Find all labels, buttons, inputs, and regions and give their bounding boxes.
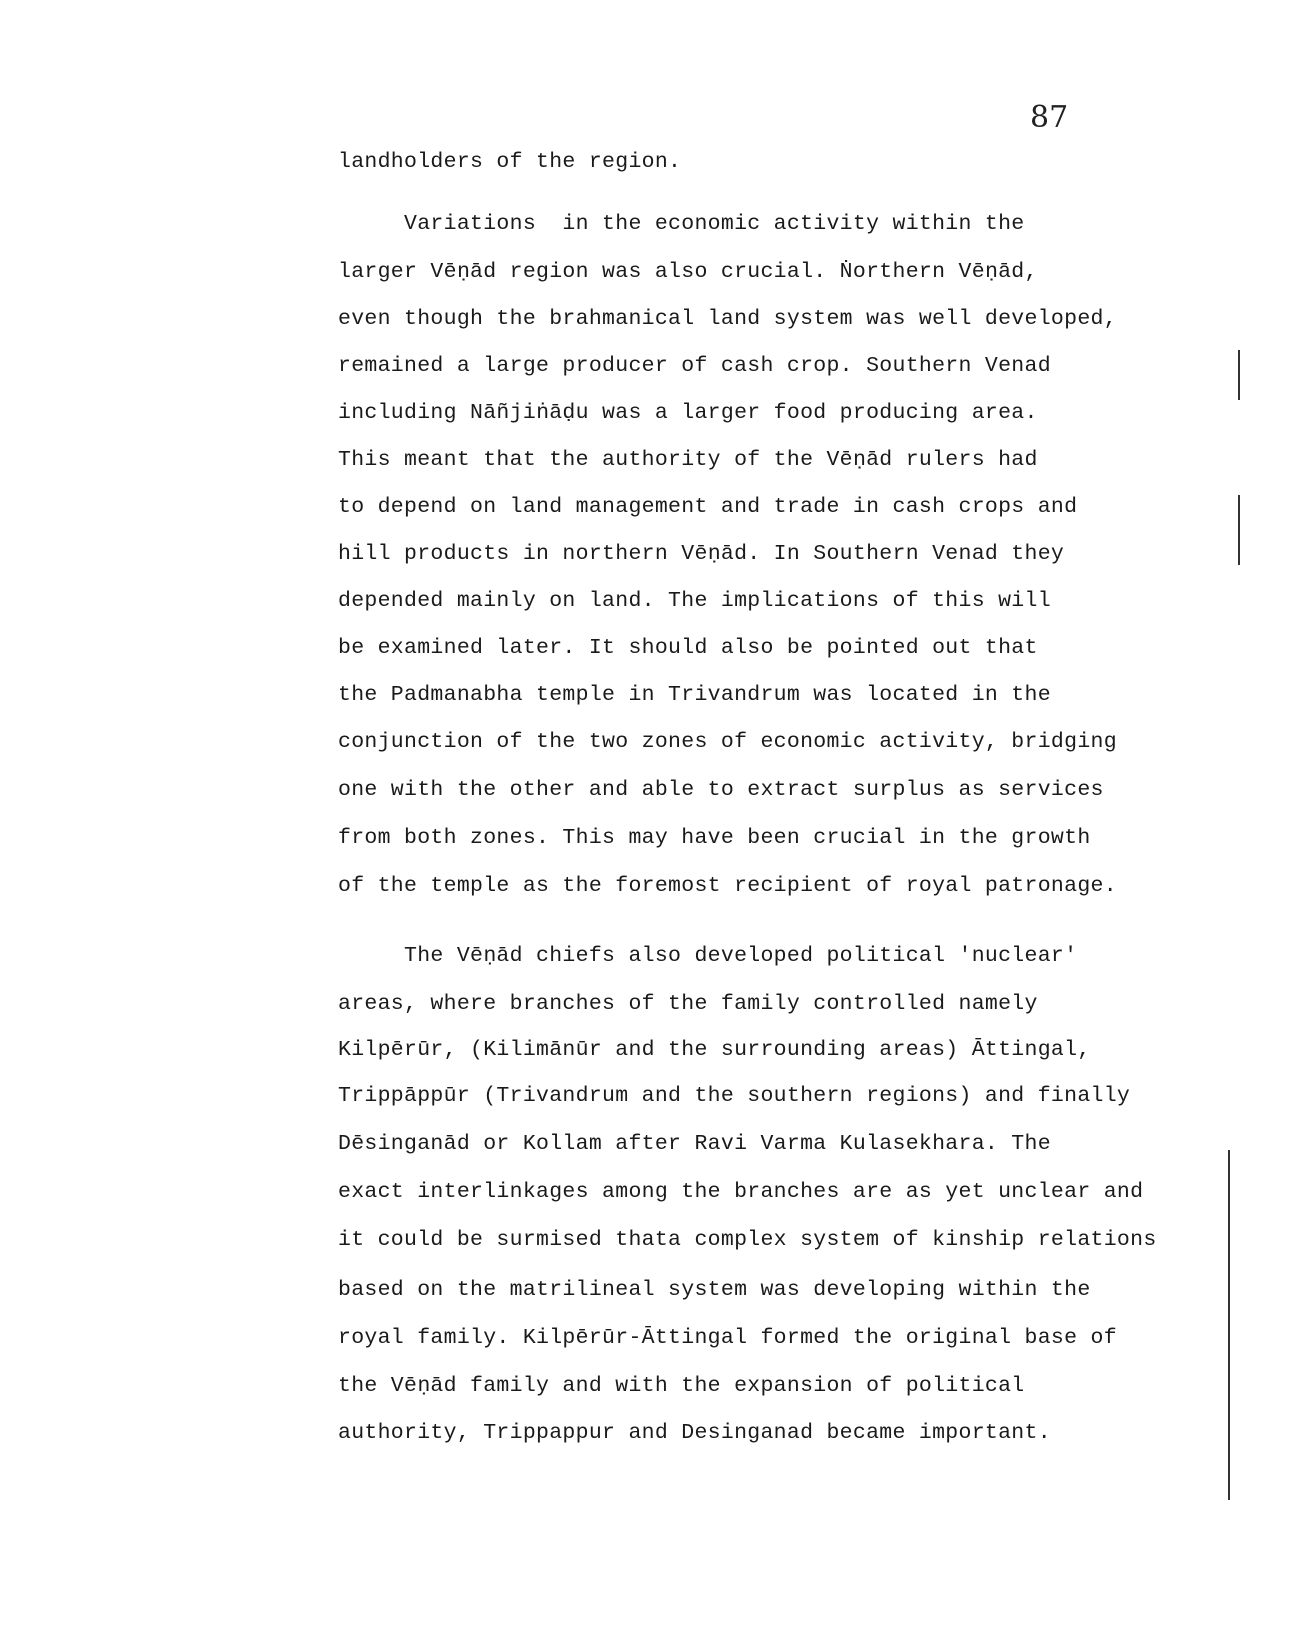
text-line: depended mainly on land. The implication…: [338, 589, 1051, 613]
text-line: conjunction of the two zones of economic…: [338, 730, 1117, 754]
text-line: authority, Trippappur and Desinganad bec…: [338, 1421, 1051, 1445]
text-line: The Vēṇād chiefs also developed politica…: [338, 944, 1077, 968]
text-line: be examined later. It should also be poi…: [338, 636, 1038, 660]
text-line: royal family. Kilpērūr-Āttingal formed t…: [338, 1326, 1117, 1350]
text-line: the Padmanabha temple in Trivandrum was …: [338, 683, 1051, 707]
margin-mark: [1228, 1150, 1230, 1500]
text-line: including Nāñjiṅāḍu was a larger food pr…: [338, 401, 1038, 425]
text-line: landholders of the region.: [338, 150, 681, 174]
text-line: the Vēṇād family and with the expansion …: [338, 1374, 1025, 1398]
text-line: one with the other and able to extract s…: [338, 778, 1104, 802]
text-line: Kilpērūr, (Kilimānūr and the surrounding…: [338, 1038, 1091, 1062]
text-line: from both zones. This may have been cruc…: [338, 826, 1091, 850]
text-line: Trippāppūr (Trivandrum and the southern …: [338, 1084, 1130, 1108]
margin-mark: [1238, 495, 1240, 565]
page-number: 87: [1030, 100, 1068, 135]
text-line: This meant that the authority of the Vēṇ…: [338, 448, 1038, 472]
text-line: Dēsinganād or Kollam after Ravi Varma Ku…: [338, 1132, 1051, 1156]
text-line: areas, where branches of the family cont…: [338, 992, 1038, 1016]
text-line: it could be surmised thata complex syste…: [338, 1228, 1157, 1252]
text-line: of the temple as the foremost recipient …: [338, 874, 1117, 898]
text-line: to depend on land management and trade i…: [338, 495, 1077, 519]
text-line: based on the matrilineal system was deve…: [338, 1278, 1091, 1302]
text-line: even though the brahmanical land system …: [338, 307, 1117, 331]
text-line: hill products in northern Vēṇād. In Sout…: [338, 542, 1064, 566]
margin-mark: [1238, 350, 1240, 400]
text-line: exact interlinkages among the branches a…: [338, 1180, 1143, 1204]
text-line: larger Vēṇād region was also crucial. Ṅo…: [338, 260, 1038, 284]
document-page: 87 landholders of the region. Variations…: [0, 0, 1302, 1642]
text-line: Variations in the economic activity with…: [338, 212, 1025, 236]
text-line: remained a large producer of cash crop. …: [338, 354, 1051, 378]
